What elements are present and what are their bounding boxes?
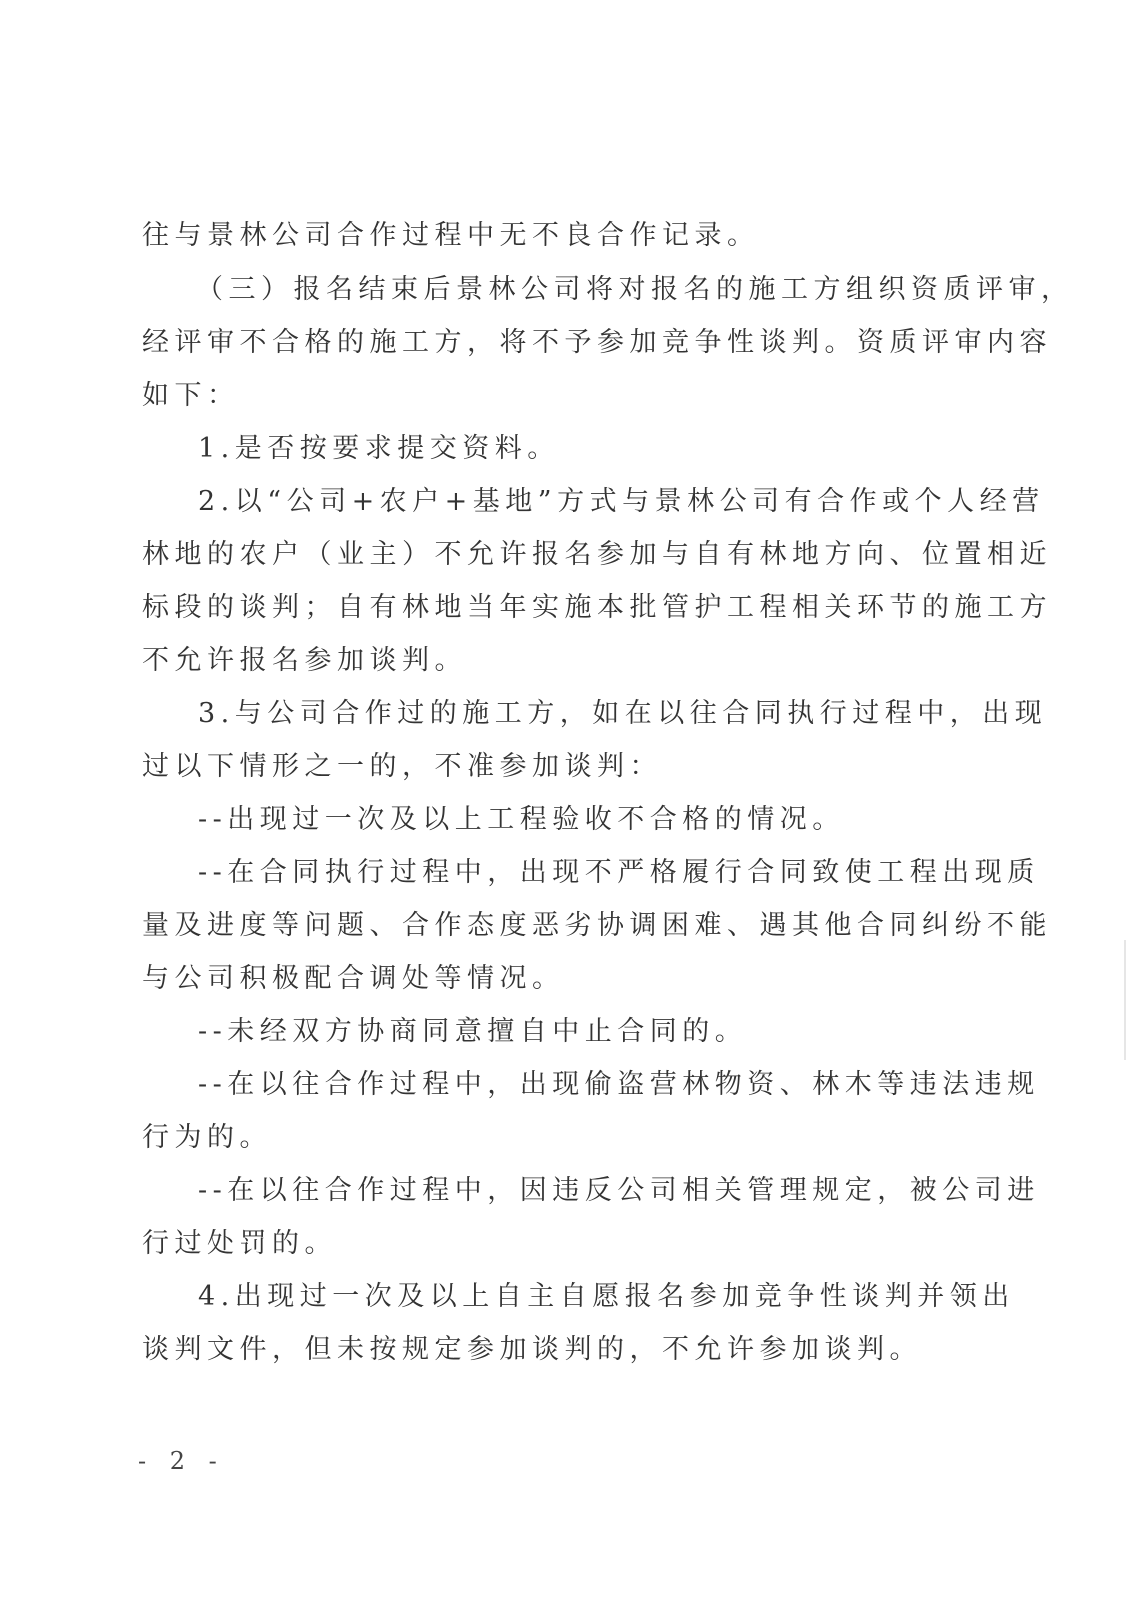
paragraph-line: 标段的谈判；自有林地当年实施本批管护工程相关环节的施工方 xyxy=(142,590,972,626)
paragraph-line: 如下： xyxy=(142,378,972,414)
list-item-line: 1.是否按要求提交资料。 xyxy=(198,431,1028,467)
paragraph-line: 经评审不合格的施工方，将不予参加竞争性谈判。资质评审内容 xyxy=(142,325,972,361)
scan-edge-mark xyxy=(1124,940,1126,1060)
document-page: 往与景林公司合作过程中无不良合作记录。 （三）报名结束后景林公司将对报名的施工方… xyxy=(0,0,1130,1600)
page-number: - 2 - xyxy=(138,1447,225,1475)
paragraph-line: 行为的。 xyxy=(142,1120,972,1156)
paragraph-line: 量及进度等问题、合作态度恶劣协调困难、遇其他合同纠纷不能 xyxy=(142,908,972,944)
sub-item-line: --在合同执行过程中，出现不严格履行合同致使工程出现质 xyxy=(198,855,1028,891)
paragraph-line: 谈判文件，但未按规定参加谈判的，不允许参加谈判。 xyxy=(142,1332,972,1368)
list-item-line: 4.出现过一次及以上自主自愿报名参加竞争性谈判并领出 xyxy=(198,1279,1028,1315)
list-item-line: 2.以“公司+农户+基地”方式与景林公司有合作或个人经营 xyxy=(198,484,1028,520)
section-heading-line: （三）报名结束后景林公司将对报名的施工方组织资质评审， xyxy=(196,272,1026,308)
list-item-line: 3.与公司合作过的施工方，如在以往合同执行过程中，出现 xyxy=(198,696,1028,732)
paragraph-line: 往与景林公司合作过程中无不良合作记录。 xyxy=(142,218,972,254)
sub-item-line: --出现过一次及以上工程验收不合格的情况。 xyxy=(198,802,1028,838)
sub-item-line: --未经双方协商同意擅自中止合同的。 xyxy=(198,1014,1028,1050)
paragraph-line: 过以下情形之一的，不准参加谈判： xyxy=(142,749,972,785)
paragraph-line: 与公司积极配合调处等情况。 xyxy=(142,961,972,997)
sub-item-line: --在以往合作过程中，因违反公司相关管理规定，被公司进 xyxy=(198,1173,1028,1209)
paragraph-line: 不允许报名参加谈判。 xyxy=(142,643,972,679)
sub-item-line: --在以往合作过程中，出现偷盗营林物资、林木等违法违规 xyxy=(198,1067,1028,1103)
paragraph-line: 林地的农户（业主）不允许报名参加与自有林地方向、位置相近 xyxy=(142,537,972,573)
paragraph-line: 行过处罚的。 xyxy=(142,1226,972,1262)
